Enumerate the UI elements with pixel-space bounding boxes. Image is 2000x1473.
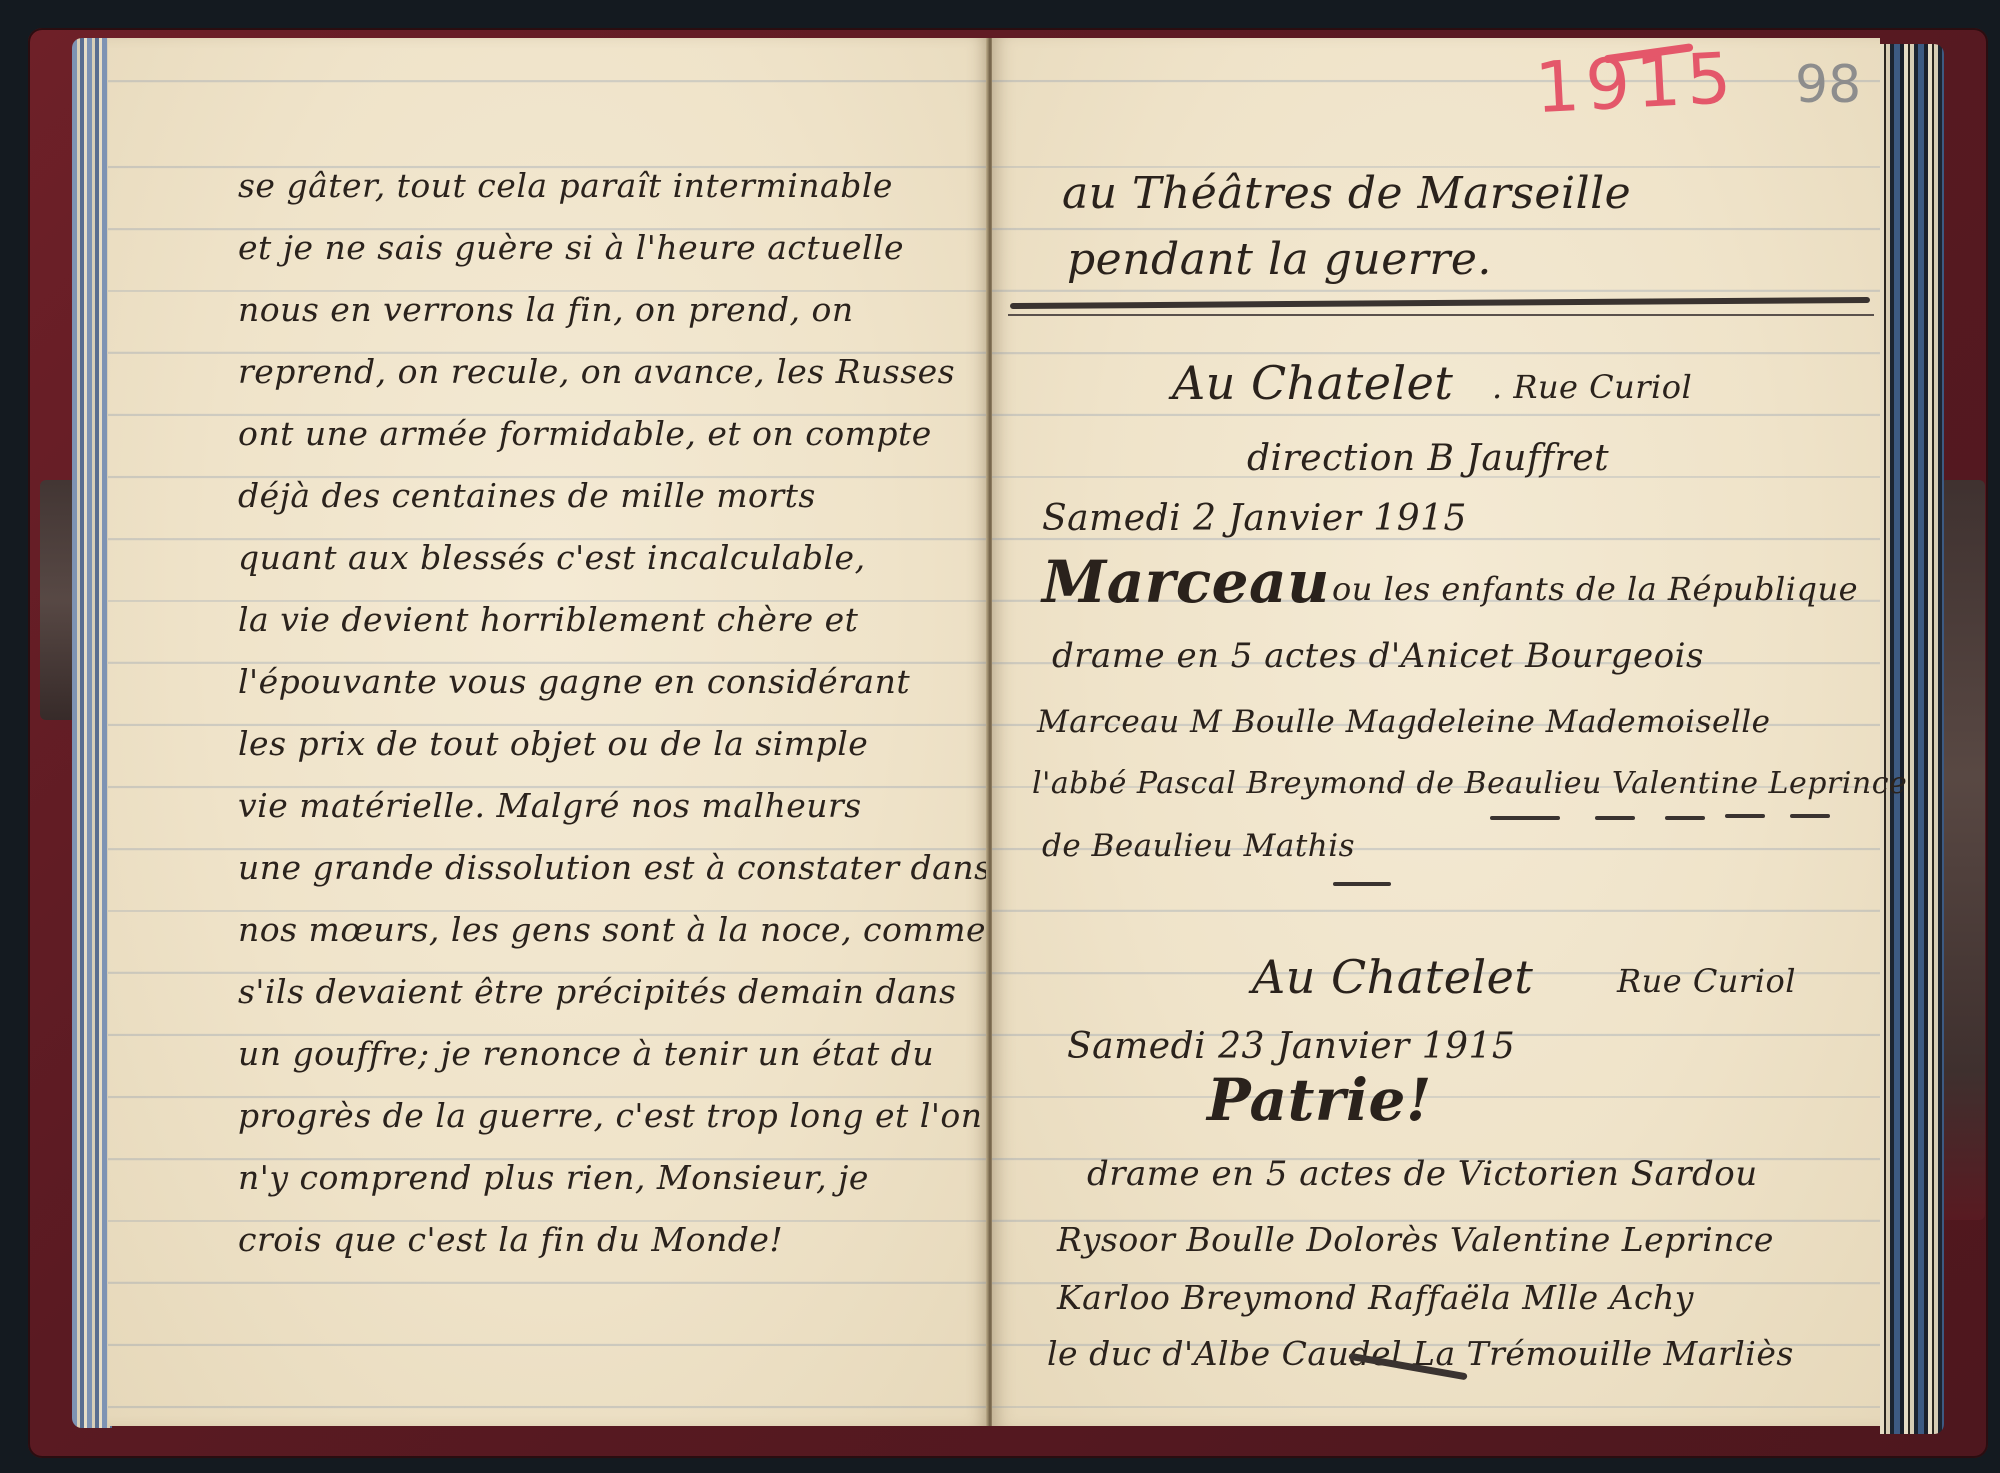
dash-stroke — [1595, 816, 1635, 820]
entry1-cast-3: de Beaulieu Mathis — [1042, 828, 1355, 864]
entry1-address: . Rue Curiol — [1492, 368, 1692, 406]
entry1-description: drame en 5 actes d'Anicet Bourgeois — [1052, 636, 1704, 676]
dash-stroke — [1790, 814, 1830, 818]
pencil-page-number: 98 — [1795, 55, 1861, 115]
entry1-cast-1: Marceau M Boulle Magdeleine Mademoiselle — [1037, 704, 1771, 740]
right-page: au Théâtres de Marseille pendant la guer… — [992, 38, 1880, 1426]
dash-stroke — [1725, 814, 1765, 818]
left-line-2: et je ne sais guère si à l'heure actuell… — [238, 228, 904, 267]
left-line-5: ont une armée formidable, et on compte — [238, 414, 932, 453]
left-line-8: la vie devient horriblement chère et — [238, 600, 858, 639]
entry2-cast-2: Karloo Breymond Raffaëla Mlle Achy — [1057, 1278, 1694, 1317]
entry1-cast-2: l'abbé Pascal Breymond de Beaulieu Valen… — [1032, 766, 1907, 801]
left-line-17: n'y comprend plus rien, Monsieur, je — [238, 1158, 869, 1197]
left-line-14: s'ils devaient être précipités demain da… — [238, 972, 956, 1011]
red-pencil-year: 1915 — [1533, 37, 1739, 129]
entry1-venue: Au Chatelet — [1172, 356, 1453, 410]
worn-cover-patch-right — [1940, 480, 1985, 1220]
entry2-description: drame en 5 actes de Victorien Sardou — [1087, 1154, 1758, 1194]
entry2-date: Samedi 23 Janvier 1915 — [1067, 1026, 1515, 1067]
left-line-10: les prix de tout objet ou de la simple — [238, 724, 868, 763]
dash-stroke — [1490, 816, 1560, 820]
entry1-direction: direction B Jauffret — [1247, 438, 1609, 479]
entry-separator-stroke — [1333, 882, 1391, 886]
entry1-date: Samedi 2 Janvier 1915 — [1042, 498, 1467, 539]
left-line-11: vie matérielle. Malgré nos malheurs — [238, 786, 862, 825]
left-line-12: une grande dissolution est à constater d… — [238, 848, 992, 887]
entry2-address: Rue Curiol — [1617, 962, 1796, 1000]
left-line-6: déjà des centaines de mille morts — [238, 476, 816, 515]
page-edges-right — [1880, 44, 1944, 1434]
left-line-7: quant aux blessés c'est incalculable, — [238, 538, 866, 577]
left-line-15: un gouffre; je renonce à tenir un état d… — [238, 1034, 934, 1073]
entry1-play-subtitle: ou les enfants de la République — [1332, 570, 1858, 608]
entry2-play-title: Patrie! — [1207, 1066, 1432, 1134]
dash-stroke — [1665, 816, 1705, 820]
left-line-18: crois que c'est la fin du Monde! — [238, 1220, 783, 1259]
heading-line-2: pendant la guerre. — [1067, 234, 1492, 285]
left-line-9: l'épouvante vous gagne en considérant — [238, 662, 910, 701]
left-line-3: nous en verrons la fin, on prend, on — [238, 290, 854, 329]
heading-line-1: au Théâtres de Marseille — [1062, 168, 1631, 219]
entry2-venue: Au Chatelet — [1252, 950, 1533, 1004]
page-edges-left — [72, 38, 112, 1428]
entry2-cast-1: Rysoor Boulle Dolorès Valentine Leprince — [1057, 1220, 1774, 1259]
left-line-16: progrès de la guerre, c'est trop long et… — [238, 1096, 983, 1135]
left-line-4: reprend, on recule, on avance, les Russe… — [238, 352, 955, 391]
entry1-play-title: Marceau — [1042, 548, 1330, 616]
left-line-1: se gâter, tout cela paraît interminable — [238, 166, 893, 205]
left-page: se gâter, tout cela paraît interminable … — [108, 38, 990, 1426]
left-line-13: nos mœurs, les gens sont à la noce, comm… — [238, 910, 986, 949]
section-divider-thin — [1008, 314, 1874, 316]
